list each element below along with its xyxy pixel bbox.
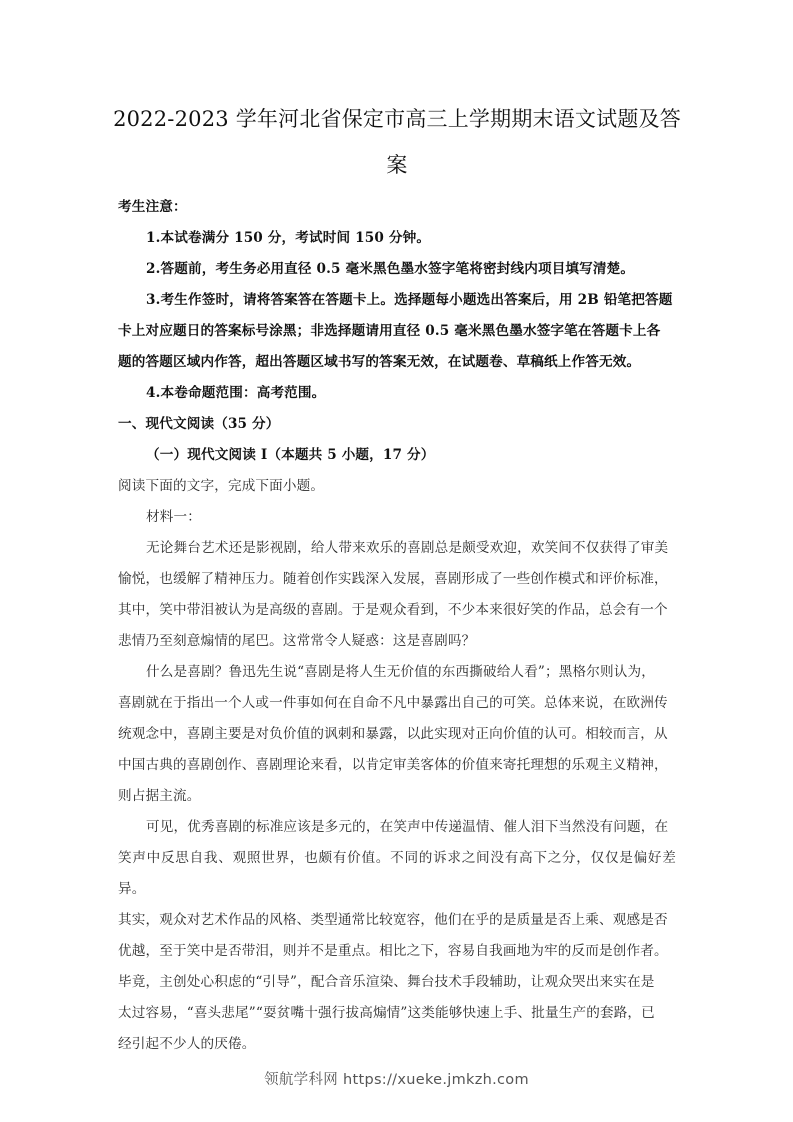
paragraph-line: 则占据主流。 [118,781,676,812]
paragraph-line: 中国古典的喜剧创作、喜剧理论来看，以肯定审美客体的价值来寄托理想的乐观主义精神， [118,750,676,781]
reading-instruction: 阅读下面的文字，完成下面小题。 [118,471,676,502]
paragraph-line: 笑声中反思自我、观照世界，也颇有价值。不同的诉求之间没有高下之分，仅仅是偏好差异… [118,843,676,905]
notice-item-3-line-3: 题的答题区域内作答，超出答题区域书写的答案无效，在试题卷、草稿纸上作答无效。 [118,347,676,378]
notice-item-1: 1.本试卷满分 150 分，考试时间 150 分钟。 [118,223,676,254]
material-label: 材料一： [118,502,676,533]
paragraph-line: 优越，至于笑中是否带泪，则并不是重点。相比之下，容易自我画地为牢的反而是创作者。 [118,936,676,967]
paragraph-line: 悲情乃至刻意煽情的尾巴。这常常令人疑惑：这是喜剧吗？ [118,626,676,657]
section-heading: 一、现代文阅读（35 分） [118,409,676,440]
paragraph-2: 什么是喜剧？鲁迅先生说“喜剧是将人生无价值的东西撕破给人看”；黑格尔则认为， 喜… [118,657,676,812]
paragraph-line: 经引起不少人的厌倦。 [118,1029,676,1060]
section-modern-reading: 一、现代文阅读（35 分） （一）现代文阅读 I（本题共 5 小题，17 分） … [118,409,676,1060]
paragraph-1: 无论舞台艺术还是影视剧，给人带来欢乐的喜剧总是颇受欢迎，欢笑间不仅获得了审美 愉… [118,533,676,657]
paragraph-line: 其中，笑中带泪被认为是高级的喜剧。于是观众看到，不少本来很好笑的作品，总会有一个 [118,595,676,626]
section-subheading: （一）现代文阅读 I（本题共 5 小题，17 分） [118,440,676,471]
paragraph-line: 毕竟，主创处心积虑的“引导”，配合音乐渲染、舞台技术手段辅助，让观众哭出来实在是 [118,967,676,998]
title-line-1: 2022-2023 学年河北省保定市高三上学期期末语文试题及答 [113,107,681,131]
title-line-2: 案 [386,153,407,177]
document-title: 2022-2023 学年河北省保定市高三上学期期末语文试题及答 案 [108,96,686,188]
paragraph-line: 什么是喜剧？鲁迅先生说“喜剧是将人生无价值的东西撕破给人看”；黑格尔则认为， [118,657,676,688]
footer-watermark: 领航学科网 https://xueke.jmkzh.com [0,1068,793,1089]
notice-item-3-line-2: 卡上对应题日的答案标号涂黑；非选择题请用直径 0.5 毫米黑色墨水签字笔在答题卡… [118,316,676,347]
paragraph-line: 太过容易，“喜头悲尾”“耍贫嘴十强行拔高煽情”这类能够快速上手、批量生产的套路，… [118,998,676,1029]
notice-item-3-line-1: 3.考生作签时，请将答案答在答题卡上。选择题每小题选出答案后，用 2B 铅笔把答… [118,285,676,316]
paragraph-3: 可见，优秀喜剧的标准应该是多元的，在笑声中传递温情、催人泪下当然没有问题，在 笑… [118,812,676,1060]
paragraph-line: 喜剧就在于指出一个人或一件事如何在自命不凡中暴露出自己的可笑。总体来说，在欧洲传 [118,688,676,719]
exam-notice: 考生注意： 1.本试卷满分 150 分，考试时间 150 分钟。 2.答题前，考… [118,192,676,409]
notice-heading: 考生注意： [118,192,676,223]
paragraph-line: 可见，优秀喜剧的标准应该是多元的，在笑声中传递温情、催人泪下当然没有问题，在 [118,812,676,843]
paragraph-line: 其实，观众对艺术作品的风格、类型通常比较宽容，他们在乎的是质量是否上乘、观感是否 [118,905,676,936]
document-page: 2022-2023 学年河北省保定市高三上学期期末语文试题及答 案 考生注意： … [118,96,676,1060]
paragraph-line: 愉悦，也缓解了精神压力。随着创作实践深入发展，喜剧形成了一些创作模式和评价标准， [118,564,676,595]
notice-item-2: 2.答题前，考生务必用直径 0.5 毫米黑色墨水签字笔将密封线内项目填写清楚。 [118,254,676,285]
paragraph-line: 无论舞台艺术还是影视剧，给人带来欢乐的喜剧总是颇受欢迎，欢笑间不仅获得了审美 [118,533,676,564]
paragraph-line: 统观念中，喜剧主要是对负价值的讽刺和暴露，以此实现对正向价值的认可。相较而言，从 [118,719,676,750]
notice-item-4: 4.本卷命题范围：高考范围。 [118,378,676,409]
